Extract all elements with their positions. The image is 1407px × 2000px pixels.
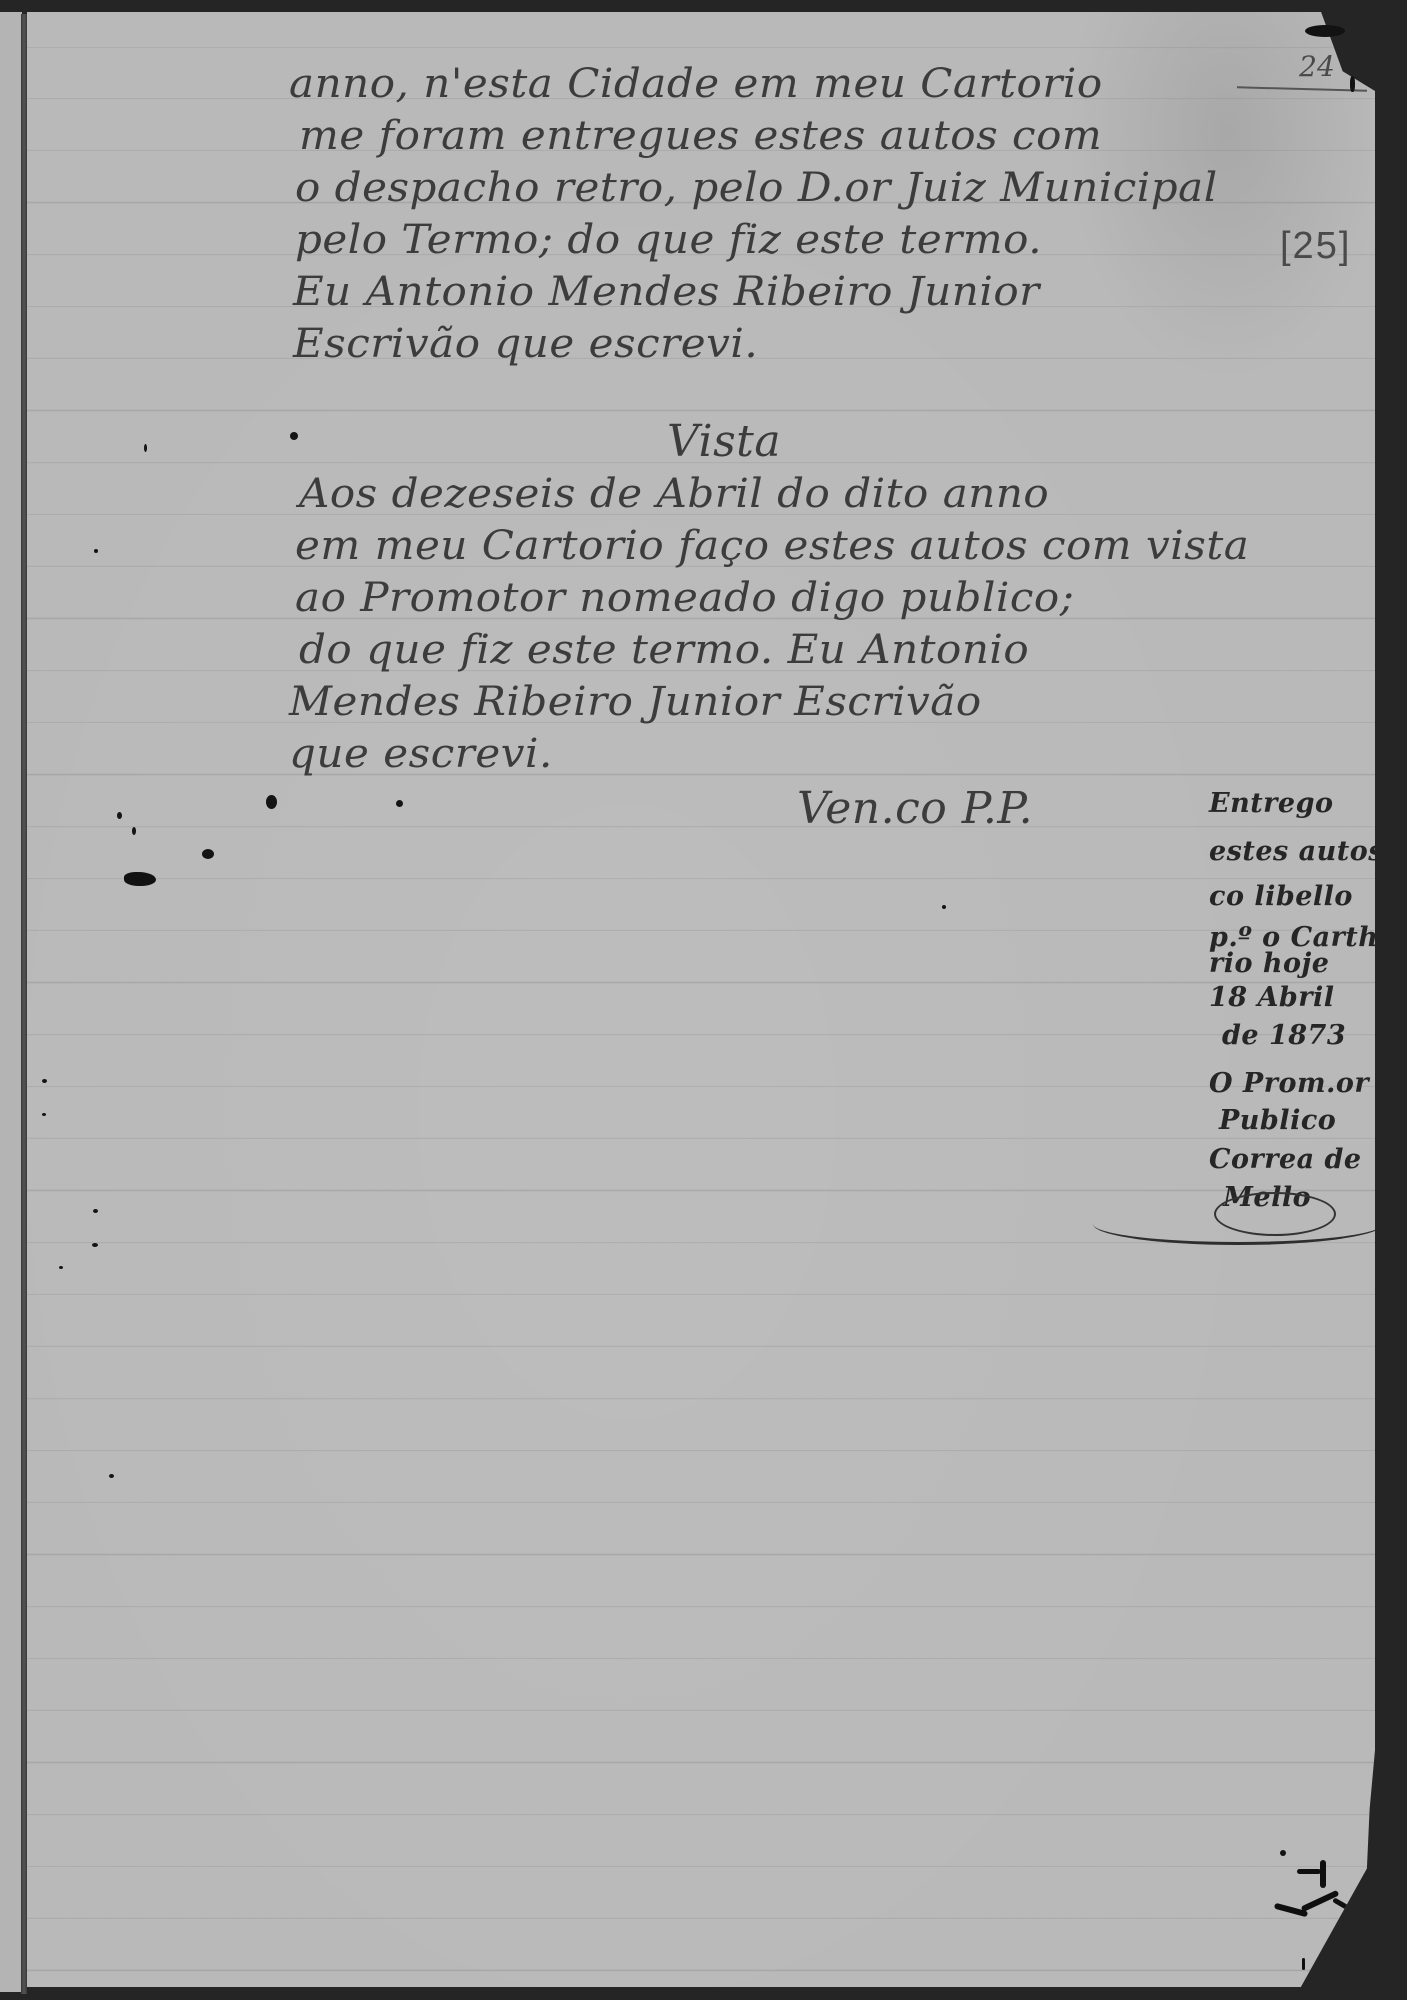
ink-dot xyxy=(59,1266,63,1269)
vista-heading: Vista xyxy=(667,420,781,464)
text-line: do que fiz este termo. Eu Antonio xyxy=(299,630,1029,670)
new-folio-number: [25] xyxy=(1280,225,1351,268)
edge-damage xyxy=(1305,25,1345,37)
margin-line: Correa de xyxy=(1209,1146,1362,1173)
ink-dot xyxy=(42,1113,46,1116)
text-line: que escrevi. xyxy=(289,734,553,774)
text-line: pelo Termo; do que fiz este termo. xyxy=(295,220,1042,260)
ink-dot xyxy=(396,800,403,807)
ink-dot xyxy=(132,827,136,835)
text-line: Mendes Ribeiro Junior Escrivão xyxy=(289,682,982,722)
ink-dot xyxy=(266,795,277,809)
old-folio-number: 24 xyxy=(1257,50,1377,83)
text-line: me foram entregues estes autos com xyxy=(299,116,1102,156)
document-page: 24 [25] anno, n'esta Cidade em meu Carto… xyxy=(27,12,1375,1987)
previous-page-edge xyxy=(0,12,22,1992)
ink-dot xyxy=(144,444,147,452)
text-line: Escrivão que escrevi. xyxy=(293,324,758,364)
corner-mark xyxy=(1332,1897,1352,1911)
edge-damage xyxy=(1350,76,1355,92)
text-line: Aos dezeseis de Abril do dito anno xyxy=(299,474,1049,514)
ink-dot xyxy=(1280,1850,1286,1856)
binding-gutter xyxy=(21,14,27,1994)
signature-underline xyxy=(1093,1224,1383,1245)
text-line: o despacho retro, pelo D.or Juiz Municip… xyxy=(295,168,1218,208)
ink-dot xyxy=(109,1474,114,1478)
ink-dot xyxy=(202,849,214,859)
ink-dot xyxy=(92,1243,98,1247)
margin-line: p.º o Cartho xyxy=(1209,924,1397,951)
corner-mark xyxy=(1302,1958,1305,1970)
margin-line: rio hoje xyxy=(1209,950,1329,977)
margin-line: O Prom.or xyxy=(1209,1070,1369,1097)
text-line: em meu Cartorio faço estes autos com vis… xyxy=(295,526,1249,566)
ink-dot xyxy=(94,549,98,553)
margin-line: co libello xyxy=(1209,883,1353,910)
margin-line: de 1873 xyxy=(1222,1022,1346,1049)
corner-mark xyxy=(1297,1869,1321,1874)
margin-line: estes autos xyxy=(1209,838,1384,865)
folio-underline xyxy=(1237,86,1367,91)
ink-dot xyxy=(290,432,298,440)
ink-blot xyxy=(124,872,156,886)
ink-dot xyxy=(942,905,946,909)
document-scan: 24 [25] anno, n'esta Cidade em meu Carto… xyxy=(0,0,1407,2000)
ink-dot xyxy=(117,812,122,819)
corner-mark xyxy=(1320,1860,1326,1888)
text-line: anno, n'esta Cidade em meu Cartorio xyxy=(289,64,1103,104)
text-line: Eu Antonio Mendes Ribeiro Junior xyxy=(293,272,1040,312)
margin-line: 18 Abril xyxy=(1209,984,1335,1011)
ink-dot xyxy=(93,1209,98,1213)
margin-line: Entrego xyxy=(1209,790,1333,817)
text-line: ao Promotor nomeado digo publico; xyxy=(295,578,1074,618)
ink-dot xyxy=(42,1079,47,1083)
margin-line: Publico xyxy=(1219,1107,1336,1134)
closing-signature: Ven.co P.P. xyxy=(797,787,1033,831)
